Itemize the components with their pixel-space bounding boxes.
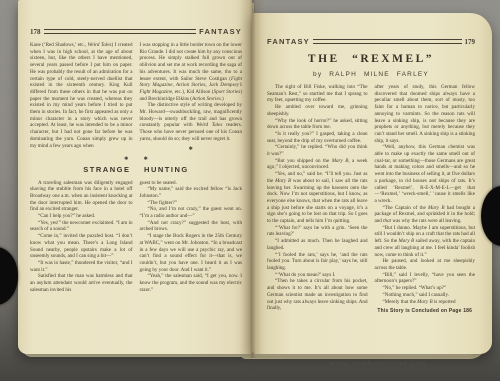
paragraph: “It was in haste,” thundered the visitor… xyxy=(30,260,133,273)
end-of-article-star: ✱ xyxy=(140,146,243,152)
magazine-title: FANTASY xyxy=(267,37,310,46)
text-column: after years of study, this German fellow… xyxy=(375,84,476,305)
paragraph: “Then he takes a circular from his pocke… xyxy=(267,278,368,312)
paragraph: “Can I help you?” he asked. xyxy=(30,213,133,220)
paragraph: The sight of Bill Fiske, walking into “T… xyxy=(267,84,368,104)
paragraph: “I admitted as much. Then he laughed and… xyxy=(267,238,368,251)
paragraph: “Bill,” said I levelly, “have you seen t… xyxy=(375,272,476,285)
right-page: FANTASY 179 THE “REXMEL” by RALPH MILNE … xyxy=(252,13,492,354)
story-title: THE “REXMEL” xyxy=(267,53,475,65)
paragraph: “And not crazy?” suggested the host, wit… xyxy=(140,220,243,233)
paragraph: “But you shipped on the Mary B, a week a… xyxy=(267,158,368,171)
paragraph: Satisfied that the man was harmless and … xyxy=(30,273,133,293)
rexmel-columns: The sight of Bill Fiske, walking into “T… xyxy=(267,84,475,314)
text-column: guest to be seated.“My name,” said the e… xyxy=(140,180,243,294)
paragraph: “Yes, and no,” said he. “I’ll tell you. … xyxy=(267,171,368,225)
continued-note: This Story is Concluded on Page 186 xyxy=(375,308,476,314)
paragraph: A traveling salesman was diligently enga… xyxy=(30,180,133,214)
paragraph: I was stopping in a little border town o… xyxy=(140,42,243,102)
paragraph: after years of study, this German fellow… xyxy=(375,84,476,144)
header-rule xyxy=(313,39,462,44)
paragraph: “No,” he replied. “What’s up?” xyxy=(375,285,476,292)
paragraph: He ambled over toward me, grinning sheep… xyxy=(267,104,368,117)
paragraph: “I stage the Buck Rogers in the 25th Cen… xyxy=(140,233,243,273)
paragraph: “Merely that the Mary B is reported xyxy=(375,299,476,306)
left-page: 178 FANTASY Kane (‘Red Shadows,’ etc., W… xyxy=(18,0,252,354)
paragraph: “Nothing much,” said I casually. xyxy=(375,292,476,299)
open-magazine: 178 FANTASY Kane (‘Red Shadows,’ etc., W… xyxy=(18,0,497,358)
paragraph: “Well, anyhow, this German chemist was a… xyxy=(375,144,476,204)
paragraph: “Why the look of horror?” he asked, sitt… xyxy=(267,118,368,131)
story-byline: by RALPH MILNE FARLEY xyxy=(267,71,475,78)
right-page-number: 179 xyxy=(465,38,476,46)
paragraph: He paused, and looked at me sheepishly a… xyxy=(375,258,476,271)
letter-article-columns: Kane (‘Red Shadows,’ etc., Weird Tales) … xyxy=(30,42,242,152)
section-divider-stars: ✱ ✱ xyxy=(30,156,242,162)
right-page-header: FANTASY 179 xyxy=(267,37,475,46)
magazine-title: FANTASY xyxy=(199,27,242,36)
paragraph: “Is it really you?” I gasped, taking a c… xyxy=(267,131,368,144)
left-page-number: 178 xyxy=(30,28,41,36)
paragraph: Kane (‘Red Shadows,’ etc., Weird Tales) … xyxy=(30,42,133,149)
left-binder-clip xyxy=(0,247,18,305)
paragraph: “Yeah,” the salesman said, “I get you, n… xyxy=(140,273,243,293)
left-page-header: 178 FANTASY xyxy=(30,27,242,36)
text-column: Kane (‘Red Shadows,’ etc., Weird Tales) … xyxy=(30,42,133,152)
section-heading: STRANGE HUNTING xyxy=(30,165,242,174)
paragraph: The distinctive style of writing develop… xyxy=(140,102,243,142)
paragraph: “No, and I’m not crazy,” the guest went … xyxy=(140,206,243,219)
text-column: A traveling salesman was diligently enga… xyxy=(30,180,133,294)
header-rule xyxy=(44,29,197,34)
paragraph: “Yes, yes!” the newcomer exclaimed. “I a… xyxy=(30,220,133,233)
watermark-text: www.zomboscloset.com xyxy=(330,361,427,368)
paragraph: “Certainly,” he replied. “Who did you th… xyxy=(267,144,368,157)
paragraph: “My name,” said the excited fellow “is J… xyxy=(140,186,243,199)
paragraph: “‘What for?’ says he with a grin. ‘Seen … xyxy=(267,225,368,238)
text-column-wrap: I was stopping in a little border town o… xyxy=(140,42,243,152)
strange-hunting-columns: A traveling salesman was diligently enga… xyxy=(30,180,242,294)
paragraph: “‘I fooled the rats,’ says he, ‘and the … xyxy=(267,252,368,272)
paragraph: “Come in,” invited the puzzled host. “I … xyxy=(30,233,133,260)
text-column: I was stopping in a little border town o… xyxy=(140,42,243,143)
text-column: The sight of Bill Fiske, walking into “T… xyxy=(267,84,368,314)
paragraph: “But I dunno. Maybe I am superstitious, … xyxy=(375,225,476,259)
text-column-wrap: after years of study, this German fellow… xyxy=(375,84,476,314)
paragraph: “The Captain of the Mary B had bought a … xyxy=(375,205,476,225)
magazine-photo: 178 FANTASY Kane (‘Red Shadows,’ etc., W… xyxy=(0,0,500,381)
